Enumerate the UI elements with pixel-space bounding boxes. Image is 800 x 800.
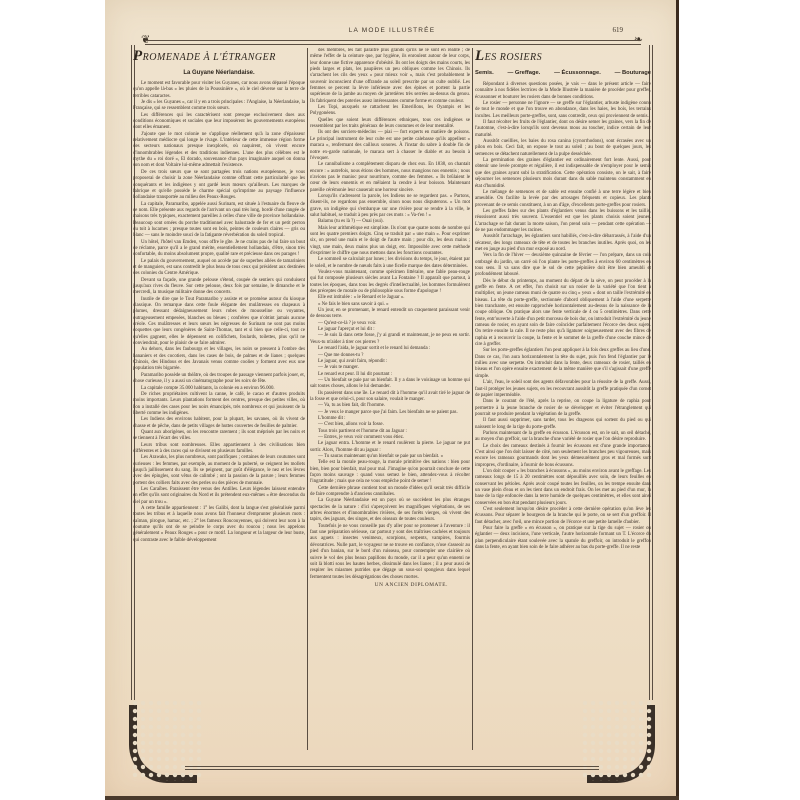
paragraph: des membres, les fait paraître plus gran… [310,48,470,105]
paragraph: L'on doit couper « les branches à écusso… [475,469,651,507]
paragraph: Quant aux aborigènes, on les rencontre r… [133,430,305,443]
article-subtitle: La Guyane Néerlandaise. [133,69,305,77]
footer-rule [185,766,599,770]
article-body: Le moment est favorable pour visiter les… [133,81,305,544]
column-divider [307,48,308,750]
paragraph: — Un bienfait se paie par un bienfait. I… [310,378,470,391]
paragraph: De riches propriétaires cultivent la can… [133,392,305,417]
subtitle-part: — Écussonnage. [554,69,601,77]
column-divider [472,48,473,750]
title-dropcap: L [475,48,485,64]
paragraph: C'est seulement lorsqu'on désire procéde… [475,507,651,526]
paragraph: Ils ont des sorciers-médecins — piai — f… [310,130,470,162]
subtitle-part: Semis. [475,69,494,77]
paragraph: De ces trois sœurs que se sont partagées… [133,170,305,202]
paragraph: Pour faire la greffe « en écusson », on … [475,526,651,551]
article-rosiers-column: LES ROSIERS Semis.— Greffage.— Écussonna… [475,48,651,748]
paragraph: Parlons maintenant de la greffe en écuss… [475,431,651,444]
paragraph: Cette dernière phrase contient tout un m… [310,486,470,499]
article-subtitle: Semis.— Greffage.— Écussonnage.— Boutura… [475,69,651,77]
paragraph: Vers la fin de l'hiver — deuxième quinza… [475,253,651,278]
article-promenade-continued-column: des membres, les fait paraître plus gran… [310,48,470,748]
article-body: Répondant à diverses questions posées, j… [475,82,651,551]
paragraph: Toutefois je ne vous conseille pas d'y a… [310,524,470,581]
paragraph: Sur les porte-greffes églantiers l'on pe… [475,348,651,380]
paragraph: Dès le début du printemps, au moment du … [475,279,651,349]
paragraph: Inutile de dire que le Tout Paramaribo y… [133,297,305,348]
subtitle-part: — Greffage. [507,69,540,77]
paragraph: Le mélange de semences et de sable est e… [475,190,651,209]
paragraph: Les différences qui les caractérisent so… [133,113,305,132]
paragraph: Au dehors, dans les faubourgs et les vil… [133,347,305,372]
header-rule [145,40,641,45]
paragraph: Les greffes faites sur des plants d'égla… [475,209,651,234]
author-signature: UN ANCIEN DIPLOMATE. [310,582,470,588]
paragraph: Les Arawaks, les plus nombreux, sont pac… [133,455,305,487]
article-promenade-column: PROMENADE À L'ÉTRANGER La Guyane Néerlan… [133,48,305,763]
paragraph: Dans le courant de l'été, après la repri… [475,399,651,418]
newspaper-page: LA MODE ILLUSTRÉE 619 ❦ ❧ PROMENADE À L'… [105,0,679,800]
article-body: des membres, les fait paraître plus gran… [310,48,470,581]
paragraph: Je dis « les Guyanes », car il y en a tr… [133,100,305,113]
paragraph: Il faut récolter les fruits de l'églanti… [475,120,651,139]
title-dropcap: P [133,48,143,64]
article-title: LES ROSIERS [475,50,651,64]
paragraph: Le sommeil se calculait par lunes ; les … [310,257,470,270]
paragraph: Paramaribo possède un théâtre, où des tr… [133,373,305,386]
paragraph: Devant sa façade, une grande pelouse s'é… [133,278,305,297]
publication-title: LA MODE ILLUSTRÉE [105,27,679,34]
paragraph: Aussitôt cueillies, les baies du rosa ca… [475,139,651,158]
paragraph: Le moment est favorable pour visiter les… [133,81,305,100]
paragraph: Ils passèrent dans une île. Le renard di… [310,391,470,404]
paragraph: Le jaguar entra. L'homme et le renard ro… [310,441,470,454]
paragraph: La Guyane Néerlandaise est un pays où se… [310,498,470,523]
page-number: 619 [613,26,624,34]
paragraph: Quelles que soient leurs différences eth… [310,118,470,131]
paragraph: Lorsqu'ils s'adressent la parole, les In… [310,194,470,219]
page-edge [105,796,679,800]
paragraph: Les Topi, auxquels se rattachent les Eme… [310,105,470,118]
paragraph: — Je veux le manger parce que j'ai faim.… [310,410,470,416]
title-text: ROMENADE À L'ÉTRANGER [143,52,276,63]
paragraph: Le choix des rameaux destinés à fournir … [475,444,651,469]
paragraph: Mais leur arithmétique est simpliste. Il… [310,226,470,258]
paragraph: Voulez-vous maintenant, comme spécimen l… [310,270,470,295]
paragraph: Les Caraïbes. Paraissent être venus des … [133,487,305,506]
paragraph: La capitale, Paramaribo, appelée aussi S… [133,202,305,240]
paragraph: La germination des graines d'églantier e… [475,158,651,190]
paragraph: Répondant à diverses questions posées, j… [475,82,651,101]
title-text: ES ROSIERS [485,52,543,63]
article-title: PROMENADE À L'ÉTRANGER [133,50,305,64]
subtitle-part: — Bouturage [615,69,651,77]
paragraph: L'air, l'eau, le soleil sont des agents … [475,380,651,399]
paragraph: Un jour, en se promenant, le renard ente… [310,308,470,321]
paragraph: Le cannibalisme a complètement disparu d… [310,162,470,194]
paragraph: Leurs tribus sont nombreuses. Elles appa… [133,443,305,456]
paragraph: Les Indiens des environs habitent, pour … [133,417,305,430]
paragraph: Un hôtel, l'hôtel van Emden, vous offre … [133,240,305,259]
paragraph: Le rosier — personne ne l'ignore — se gr… [475,101,651,120]
paragraph: Le palais du gouvernement, auquel on acc… [133,259,305,278]
paragraph: — Je suis là dans cette fosse, j'y ai gr… [310,333,470,346]
paragraph: A cette famille appartiennent : 1° les G… [133,506,305,544]
paragraph: Telle est la morale peau-rouge, la moral… [310,460,470,485]
paragraph: Aussitôt l'arrachage, les églantiers son… [475,234,651,253]
paragraph: Il faut aussi supprimer, sans tarder, to… [475,418,651,431]
paragraph: J'ajoute que le mot colonie ne s'appliqu… [133,132,305,170]
page-edge [676,0,679,800]
